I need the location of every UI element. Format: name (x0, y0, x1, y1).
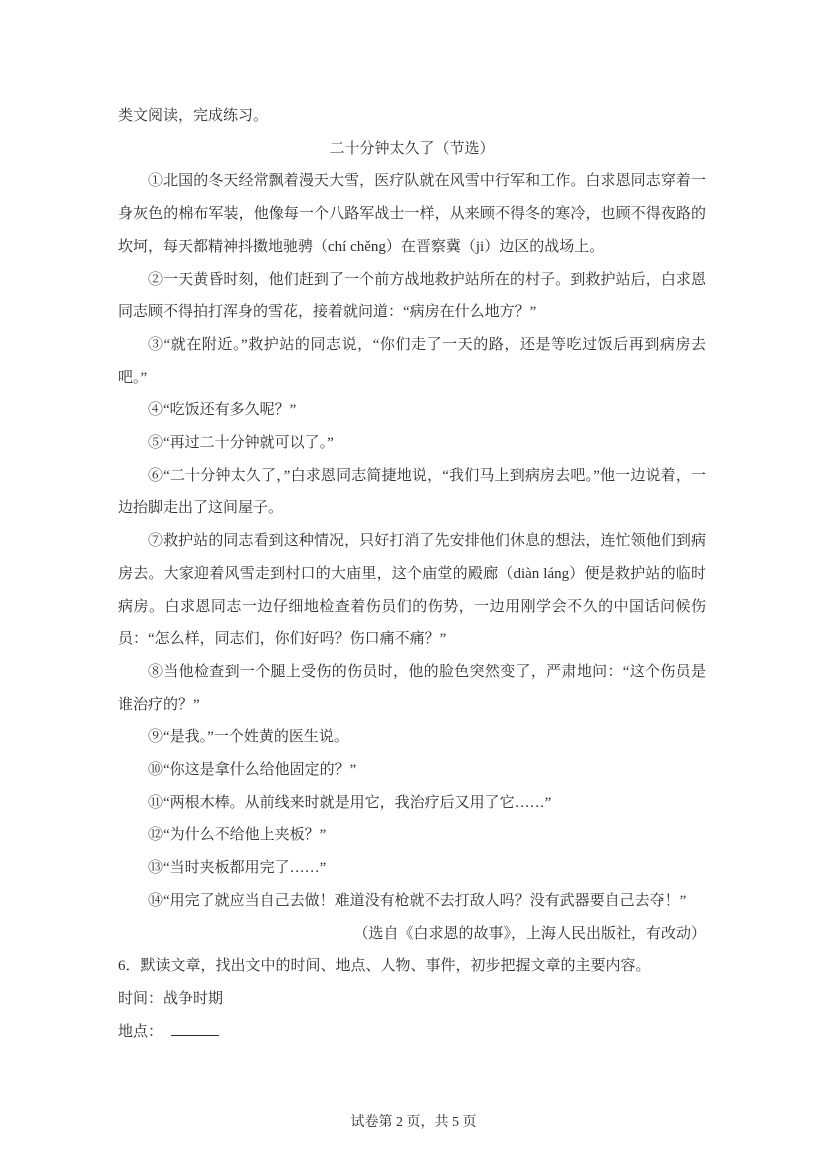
time-value: 战争时期 (163, 991, 223, 1007)
story-paragraph: ⑨“是我。”一个姓黄的医生说。 (118, 721, 706, 754)
story-paragraph: ⑧当他检查到一个腿上受伤的伤员时，他的脸色突然变了，严肃地问：“这个伤员是谁治疗… (118, 656, 706, 721)
time-label: 时间： (118, 991, 163, 1007)
story-paragraph: ⑫“为什么不给他上夹板？” (118, 819, 706, 852)
story-paragraph: ⑥“二十分钟太久了，”白求恩同志简捷地说，“我们马上到病房去吧。”他一边说着，一… (118, 460, 706, 525)
place-label: 地点： (118, 1024, 163, 1040)
answer-time-line: 时间：战争时期 (118, 983, 706, 1016)
question-6: 6．默读文章，找出文中的时间、地点、人物、事件，初步把握文章的主要内容。 (118, 950, 706, 983)
page-footer: 试卷第 2 页，共 5 页 (0, 1112, 827, 1134)
story-paragraph: ⑤“再过二十分钟就可以了。” (118, 427, 706, 460)
story-paragraph: ④“吃饭还有多久呢？” (118, 394, 706, 427)
story-paragraph: ⑬“当时夹板都用完了……” (118, 852, 706, 885)
story-paragraph: ②一天黄昏时刻，他们赶到了一个前方战地救护站所在的村子。到救护站后，白求恩同志顾… (118, 264, 706, 329)
exam-page: 类文阅读，完成练习。 二十分钟太久了（节选） ①北国的冬天经常飘着漫天大雪，医疗… (0, 0, 827, 1169)
story-paragraph: ③“就在附近。”救护站的同志说，“你们走了一天的路，还是等吃过饭后再到病房去吧。… (118, 329, 706, 394)
answer-place-line: 地点： (118, 1016, 706, 1049)
page-content: 类文阅读，完成练习。 二十分钟太久了（节选） ①北国的冬天经常飘着漫天大雪，医疗… (118, 100, 706, 1048)
story-paragraph: ⑪“两根木棒。从前线来时就是用它，我治疗后又用了它……” (118, 787, 706, 820)
story-paragraph: ⑩“你这是拿什么给他固定的？” (118, 754, 706, 787)
story-paragraph: ①北国的冬天经常飘着漫天大雪，医疗队就在风雪中行军和工作。白求恩同志穿着一身灰色… (118, 165, 706, 263)
story-paragraph: ⑦救护站的同志看到这种情况，只好打消了先安排他们休息的想法，连忙领他们到病房去。… (118, 525, 706, 656)
story-paragraph: ⑭“用完了就应当自己去做！难道没有枪就不去打敌人吗？没有武器要自己去夺！” (118, 885, 706, 918)
answer-blank (171, 1021, 219, 1036)
source-attribution: （选自《白求恩的故事》，上海人民出版社，有改动） (118, 918, 706, 951)
passage-body: ①北国的冬天经常飘着漫天大雪，医疗队就在风雪中行军和工作。白求恩同志穿着一身灰色… (118, 165, 706, 917)
section-instruction: 类文阅读，完成练习。 (118, 100, 706, 133)
passage-title: 二十分钟太久了（节选） (118, 133, 706, 166)
